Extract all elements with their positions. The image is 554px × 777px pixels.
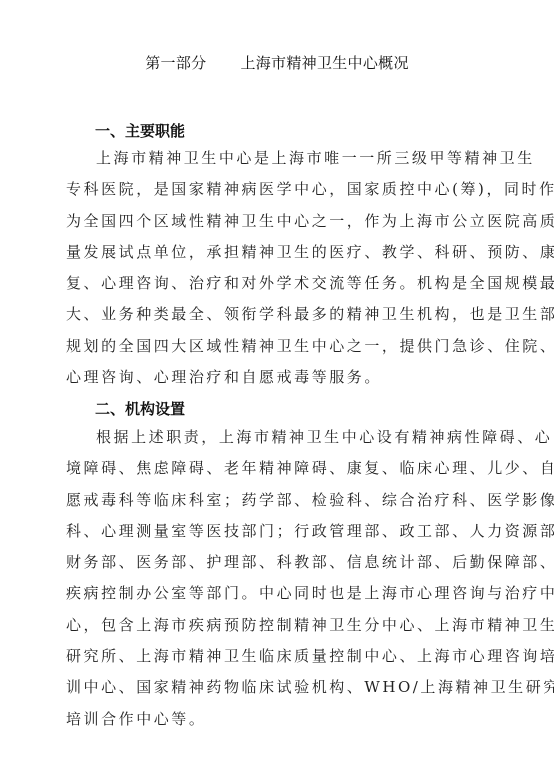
paragraph-line: 大、业务种类最全、领衔学科最多的精神卫生机构，也是卫生部 xyxy=(66,299,480,330)
paragraph-line: 专科医院，是国家精神病医学中心，国家质控中心(筹)，同时作 xyxy=(66,174,480,205)
paragraph-line: 境障碍、焦虑障碍、老年精神障碍、康复、临床心理、儿少、自 xyxy=(66,453,480,484)
paragraph-line: 量发展试点单位，承担精神卫生的医疗、教学、科研、预防、康 xyxy=(66,237,480,268)
paragraph-line: 上海市精神卫生中心是上海市唯一一所三级甲等精神卫生 xyxy=(66,143,480,174)
page-title: 第一部分上海市精神卫生中心概况 xyxy=(0,52,554,73)
paragraph-line: 复、心理咨询、治疗和对外学术交流等任务。机构是全国规模最 xyxy=(66,268,480,299)
paragraph-line: 规划的全国四大区域性精神卫生中心之一，提供门急诊、住院、 xyxy=(66,331,480,362)
paragraph-line: 科、心理测量室等医技部门；行政管理部、政工部、人力资源部、 xyxy=(66,516,480,547)
section-paragraph-functions: 上海市精神卫生中心是上海市唯一一所三级甲等精神卫生 专科医院，是国家精神病医学中… xyxy=(66,143,480,393)
section-paragraph-organization: 根据上述职责，上海市精神卫生中心设有精神病性障碍、心 境障碍、焦虑障碍、老年精神… xyxy=(66,422,480,735)
paragraph-line: 培训合作中心等。 xyxy=(66,704,480,735)
paragraph-line: 研究所、上海市精神卫生临床质量控制中心、上海市心理咨询培 xyxy=(66,641,480,672)
paragraph-line: 根据上述职责，上海市精神卫生中心设有精神病性障碍、心 xyxy=(66,422,480,453)
paragraph-line: 愿戒毒科等临床科室；药学部、检验科、综合治疗科、医学影像 xyxy=(66,485,480,516)
section-heading-functions: 一、主要职能 xyxy=(95,120,185,141)
paragraph-line: 训中心、国家精神药物临床试验机构、WHO/上海精神卫生研究与 xyxy=(66,672,480,703)
title-main: 上海市精神卫生中心概况 xyxy=(240,54,408,72)
paragraph-line: 疾病控制办公室等部门。中心同时也是上海市心理咨询与治疗中 xyxy=(66,578,480,609)
paragraph-line: 心，包含上海市疾病预防控制精神卫生分中心、上海市精神卫生 xyxy=(66,610,480,641)
paragraph-line: 心理咨询、心理治疗和自愿戒毒等服务。 xyxy=(66,362,480,393)
document-page: 第一部分上海市精神卫生中心概况 一、主要职能 上海市精神卫生中心是上海市唯一一所… xyxy=(0,0,554,777)
paragraph-line: 财务部、医务部、护理部、科教部、信息统计部、后勤保障部、 xyxy=(66,547,480,578)
section-heading-organization: 二、机构设置 xyxy=(95,398,185,419)
paragraph-line: 为全国四个区域性精神卫生中心之一，作为上海市公立医院高质 xyxy=(66,206,480,237)
title-part: 第一部分 xyxy=(145,54,206,72)
